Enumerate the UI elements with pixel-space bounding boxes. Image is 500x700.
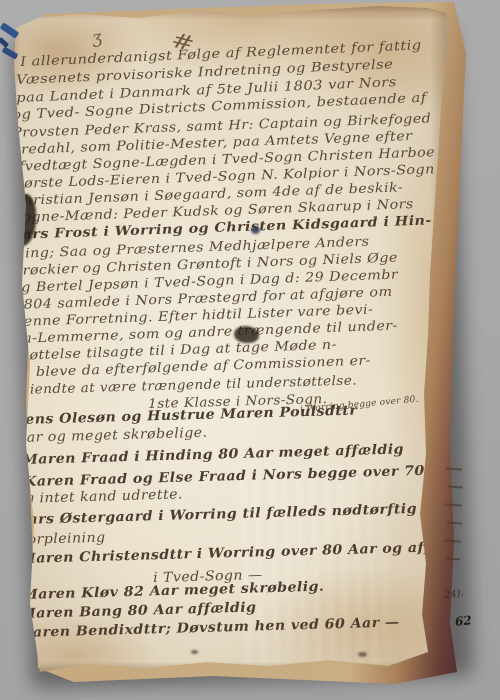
ink-speck <box>358 652 367 657</box>
binding-stitch <box>0 22 19 38</box>
manuscript-photo: 24). 62 ʒ # I allerunderdanigst Følge af… <box>0 0 500 700</box>
ink-blot <box>234 326 259 343</box>
edge-number-fragment: 62 <box>454 613 472 629</box>
binding-stitch <box>0 37 9 48</box>
ink-speck <box>191 650 198 654</box>
ink-dot <box>251 226 260 234</box>
manuscript-page: ʒ # I allerunderdanigst Følge af Regleme… <box>8 4 450 676</box>
